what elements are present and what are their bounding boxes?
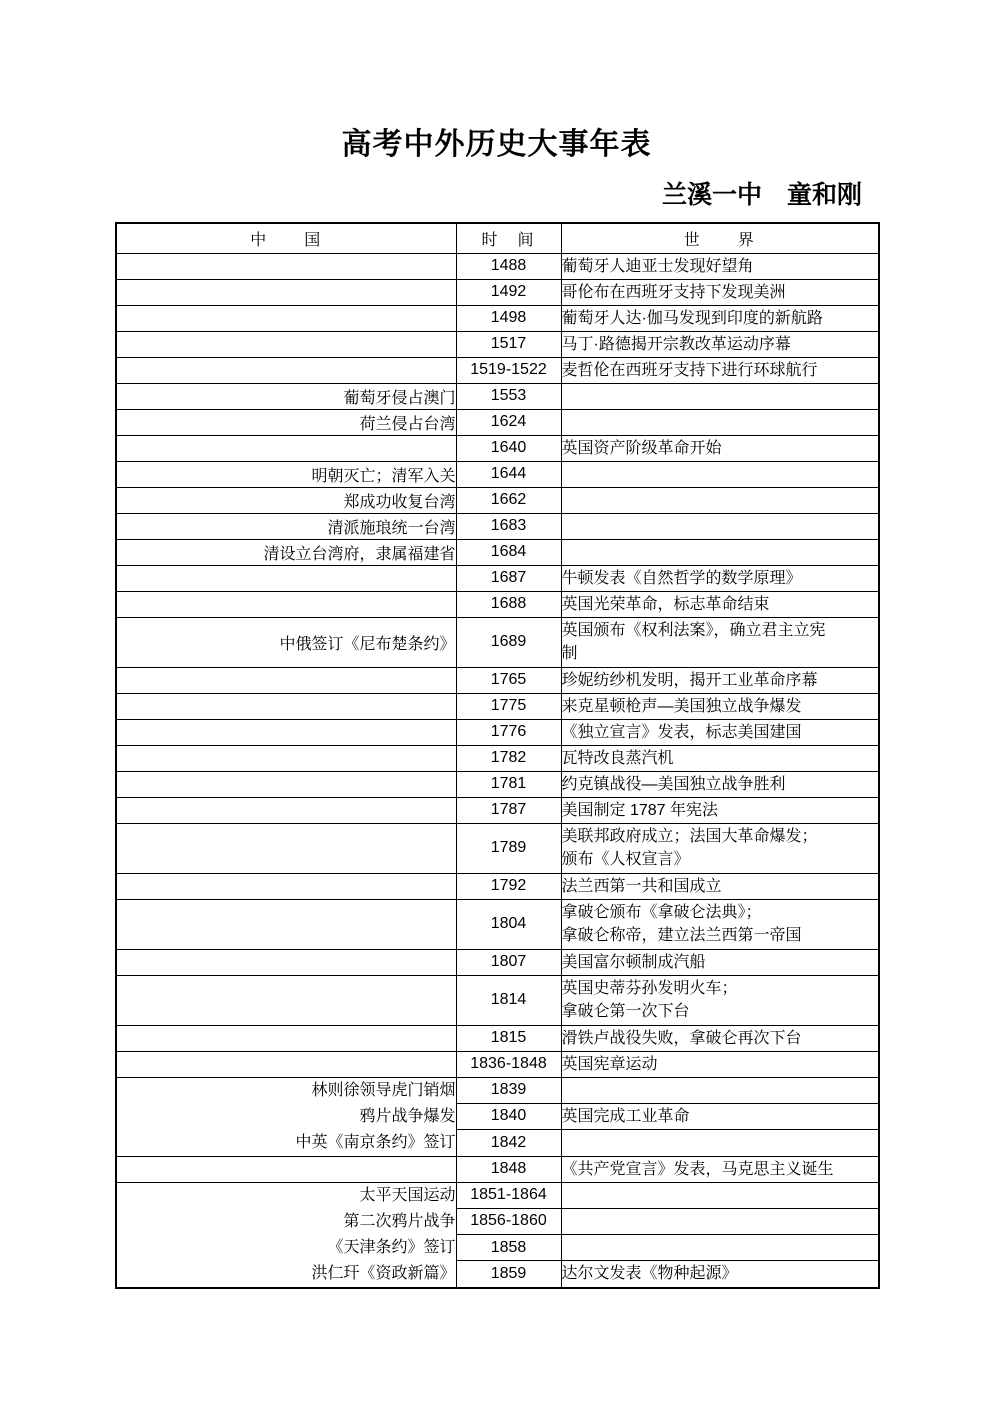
- table-row: 1519-1522麦哲伦在西班牙支持下进行环球航行: [116, 357, 879, 383]
- time-cell: 1842: [456, 1130, 561, 1156]
- time-cell: 1517: [456, 331, 561, 357]
- china-cell: 葡萄牙侵占澳门: [116, 383, 456, 409]
- table-row: 1807美国富尔顿制成汽船: [116, 949, 879, 975]
- world-cell: 约克镇战役—美国独立战争胜利: [561, 771, 879, 797]
- page-subtitle: 兰溪一中 童和刚: [115, 181, 878, 210]
- time-cell: 1553: [456, 383, 561, 409]
- world-cell: [561, 1130, 879, 1156]
- world-cell: 《共产党宣言》发表，马克思主义诞生: [561, 1156, 879, 1182]
- china-cell: 太平天国运动第二次鸦片战争《天津条约》签订洪仁玕《资政新篇》: [116, 1182, 456, 1288]
- china-line: 第二次鸦片战争: [117, 1209, 456, 1235]
- table-row: 1782瓦特改良蒸汽机: [116, 745, 879, 771]
- header-time: 时 间: [456, 223, 561, 253]
- time-cell: 1851-1864: [456, 1182, 561, 1208]
- time-cell: 1789: [456, 823, 561, 873]
- table-row: 1814英国史蒂芬孙发明火车； 拿破仑第一次下台: [116, 975, 879, 1025]
- header-world: 世 界: [561, 223, 879, 253]
- world-cell: 葡萄牙人达·伽马发现到印度的新航路: [561, 305, 879, 331]
- table-row: 1836-1848英国宪章运动: [116, 1051, 879, 1077]
- table-row: 1488葡萄牙人迪亚士发现好望角: [116, 253, 879, 279]
- table-row: 郑成功收复台湾1662: [116, 487, 879, 513]
- time-cell: 1683: [456, 513, 561, 539]
- china-cell: 郑成功收复台湾: [116, 487, 456, 513]
- time-cell: 1836-1848: [456, 1051, 561, 1077]
- table-row: 1492哥伦布在西班牙支持下发现美洲: [116, 279, 879, 305]
- world-cell: 葡萄牙人迪亚士发现好望角: [561, 253, 879, 279]
- time-cell: 1688: [456, 591, 561, 617]
- time-cell: 1498: [456, 305, 561, 331]
- world-cell: [561, 1182, 879, 1208]
- china-cell: [116, 873, 456, 899]
- china-cell: [116, 305, 456, 331]
- table-row: 1765珍妮纺纱机发明，揭开工业革命序幕: [116, 667, 879, 693]
- china-line: 太平天国运动: [117, 1183, 456, 1209]
- world-cell: 法兰西第一共和国成立: [561, 873, 879, 899]
- world-cell: [561, 1208, 879, 1234]
- table-row: 1775来克星顿枪声—美国独立战争爆发: [116, 693, 879, 719]
- china-cell: [116, 279, 456, 305]
- world-cell: [561, 383, 879, 409]
- document-page: 高考中外历史大事年表 兰溪一中 童和刚 中 国 时 间 世 界 1488葡萄牙人…: [0, 0, 993, 1289]
- world-cell: 美联邦政府成立；法国大革命爆发； 颁布《人权宣言》: [561, 823, 879, 873]
- china-line: 鸦片战争爆发: [117, 1104, 456, 1130]
- table-row: 葡萄牙侵占澳门1553: [116, 383, 879, 409]
- history-table: 中 国 时 间 世 界 1488葡萄牙人迪亚士发现好望角1492哥伦布在西班牙支…: [115, 222, 880, 1289]
- time-cell: 1804: [456, 899, 561, 949]
- world-cell: [561, 1077, 879, 1103]
- table-row: 清派施琅统一台湾1683: [116, 513, 879, 539]
- table-row: 1687牛顿发表《自然哲学的数学原理》: [116, 565, 879, 591]
- time-cell: 1776: [456, 719, 561, 745]
- world-cell: 珍妮纺纱机发明，揭开工业革命序幕: [561, 667, 879, 693]
- time-cell: 1684: [456, 539, 561, 565]
- table-row: 1688英国光荣革命，标志革命结束: [116, 591, 879, 617]
- china-cell: 中俄签订《尼布楚条约》: [116, 617, 456, 667]
- china-cell: [116, 823, 456, 873]
- china-cell: [116, 435, 456, 461]
- china-cell: [116, 899, 456, 949]
- china-cell: [116, 771, 456, 797]
- table-row: 1781约克镇战役—美国独立战争胜利: [116, 771, 879, 797]
- world-cell: [561, 513, 879, 539]
- china-cell: 荷兰侵占台湾: [116, 409, 456, 435]
- china-cell: [116, 719, 456, 745]
- time-cell: 1858: [456, 1234, 561, 1260]
- time-cell: 1792: [456, 873, 561, 899]
- china-cell: [116, 1156, 456, 1182]
- world-cell: 美国制定 1787 年宪法: [561, 797, 879, 823]
- table-row: 清设立台湾府，隶属福建省1684: [116, 539, 879, 565]
- world-cell: [561, 487, 879, 513]
- time-cell: 1781: [456, 771, 561, 797]
- world-cell: [561, 409, 879, 435]
- world-cell: 英国宪章运动: [561, 1051, 879, 1077]
- china-cell: [116, 693, 456, 719]
- table-row: 中俄签订《尼布楚条约》1689英国颁布《权利法案》，确立君主立宪 制: [116, 617, 879, 667]
- time-cell: 1815: [456, 1025, 561, 1051]
- time-cell: 1687: [456, 565, 561, 591]
- page-title: 高考中外历史大事年表: [0, 126, 993, 164]
- time-cell: 1689: [456, 617, 561, 667]
- world-cell: [561, 1234, 879, 1260]
- china-cell: 清设立台湾府，隶属福建省: [116, 539, 456, 565]
- china-cell: 清派施琅统一台湾: [116, 513, 456, 539]
- table-row: 1815滑铁卢战役失败，拿破仑再次下台: [116, 1025, 879, 1051]
- table-row: 1789美联邦政府成立；法国大革命爆发； 颁布《人权宣言》: [116, 823, 879, 873]
- china-cell: [116, 1025, 456, 1051]
- world-cell: 美国富尔顿制成汽船: [561, 949, 879, 975]
- world-cell: 英国完成工业革命: [561, 1103, 879, 1129]
- table-row: 1498葡萄牙人达·伽马发现到印度的新航路: [116, 305, 879, 331]
- table-row: 1517马丁·路德揭开宗教改革运动序幕: [116, 331, 879, 357]
- time-cell: 1624: [456, 409, 561, 435]
- table-header-row: 中 国 时 间 世 界: [116, 223, 879, 253]
- time-cell: 1856-1860: [456, 1208, 561, 1234]
- table-row: 1792法兰西第一共和国成立: [116, 873, 879, 899]
- china-cell: [116, 253, 456, 279]
- table-row: 1776《独立宣言》发表，标志美国建国: [116, 719, 879, 745]
- time-cell: 1662: [456, 487, 561, 513]
- time-cell: 1640: [456, 435, 561, 461]
- china-cell: [116, 667, 456, 693]
- time-cell: 1848: [456, 1156, 561, 1182]
- china-cell: [116, 745, 456, 771]
- table-row: 太平天国运动第二次鸦片战争《天津条约》签订洪仁玕《资政新篇》1851-1864: [116, 1182, 879, 1208]
- world-cell: [561, 539, 879, 565]
- table-row: 1804拿破仑颁布《拿破仑法典》； 拿破仑称帝，建立法兰西第一帝国: [116, 899, 879, 949]
- china-line: 林则徐领导虎门销烟: [117, 1078, 456, 1104]
- time-cell: 1519-1522: [456, 357, 561, 383]
- world-cell: 英国颁布《权利法案》，确立君主立宪 制: [561, 617, 879, 667]
- china-cell: [116, 949, 456, 975]
- world-cell: 《独立宣言》发表，标志美国建国: [561, 719, 879, 745]
- china-line: 洪仁玕《资政新篇》: [117, 1261, 456, 1287]
- world-cell: 来克星顿枪声—美国独立战争爆发: [561, 693, 879, 719]
- table-row: 明朝灭亡；清军入关1644: [116, 461, 879, 487]
- table-row: 1848《共产党宣言》发表，马克思主义诞生: [116, 1156, 879, 1182]
- world-cell: 牛顿发表《自然哲学的数学原理》: [561, 565, 879, 591]
- table-row: 林则徐领导虎门销烟鸦片战争爆发中英《南京条约》签订1839: [116, 1077, 879, 1103]
- time-cell: 1814: [456, 975, 561, 1025]
- world-cell: 滑铁卢战役失败，拿破仑再次下台: [561, 1025, 879, 1051]
- world-cell: 瓦特改良蒸汽机: [561, 745, 879, 771]
- time-cell: 1840: [456, 1103, 561, 1129]
- china-cell: [116, 975, 456, 1025]
- world-cell: 哥伦布在西班牙支持下发现美洲: [561, 279, 879, 305]
- table-row: 荷兰侵占台湾1624: [116, 409, 879, 435]
- world-cell: 英国史蒂芬孙发明火车； 拿破仑第一次下台: [561, 975, 879, 1025]
- world-cell: 马丁·路德揭开宗教改革运动序幕: [561, 331, 879, 357]
- time-cell: 1492: [456, 279, 561, 305]
- china-cell: [116, 591, 456, 617]
- time-cell: 1782: [456, 745, 561, 771]
- world-cell: 英国光荣革命，标志革命结束: [561, 591, 879, 617]
- china-cell: [116, 357, 456, 383]
- table-row: 1787美国制定 1787 年宪法: [116, 797, 879, 823]
- time-cell: 1644: [456, 461, 561, 487]
- time-cell: 1488: [456, 253, 561, 279]
- table-row: 1640英国资产阶级革命开始: [116, 435, 879, 461]
- world-cell: [561, 461, 879, 487]
- china-cell: [116, 331, 456, 357]
- table-body: 1488葡萄牙人迪亚士发现好望角1492哥伦布在西班牙支持下发现美洲1498葡萄…: [116, 253, 879, 1288]
- china-cell: [116, 565, 456, 591]
- header-china: 中 国: [116, 223, 456, 253]
- world-cell: 英国资产阶级革命开始: [561, 435, 879, 461]
- china-line: 中英《南京条约》签订: [117, 1130, 456, 1156]
- china-cell: [116, 1051, 456, 1077]
- world-cell: 达尔文发表《物种起源》: [561, 1261, 879, 1288]
- time-cell: 1807: [456, 949, 561, 975]
- china-cell: 明朝灭亡；清军入关: [116, 461, 456, 487]
- china-cell: [116, 797, 456, 823]
- china-cell: 林则徐领导虎门销烟鸦片战争爆发中英《南京条约》签订: [116, 1077, 456, 1156]
- world-cell: 麦哲伦在西班牙支持下进行环球航行: [561, 357, 879, 383]
- time-cell: 1839: [456, 1077, 561, 1103]
- world-cell: 拿破仑颁布《拿破仑法典》； 拿破仑称帝，建立法兰西第一帝国: [561, 899, 879, 949]
- china-line: 《天津条约》签订: [117, 1235, 456, 1261]
- time-cell: 1775: [456, 693, 561, 719]
- time-cell: 1765: [456, 667, 561, 693]
- time-cell: 1859: [456, 1261, 561, 1288]
- time-cell: 1787: [456, 797, 561, 823]
